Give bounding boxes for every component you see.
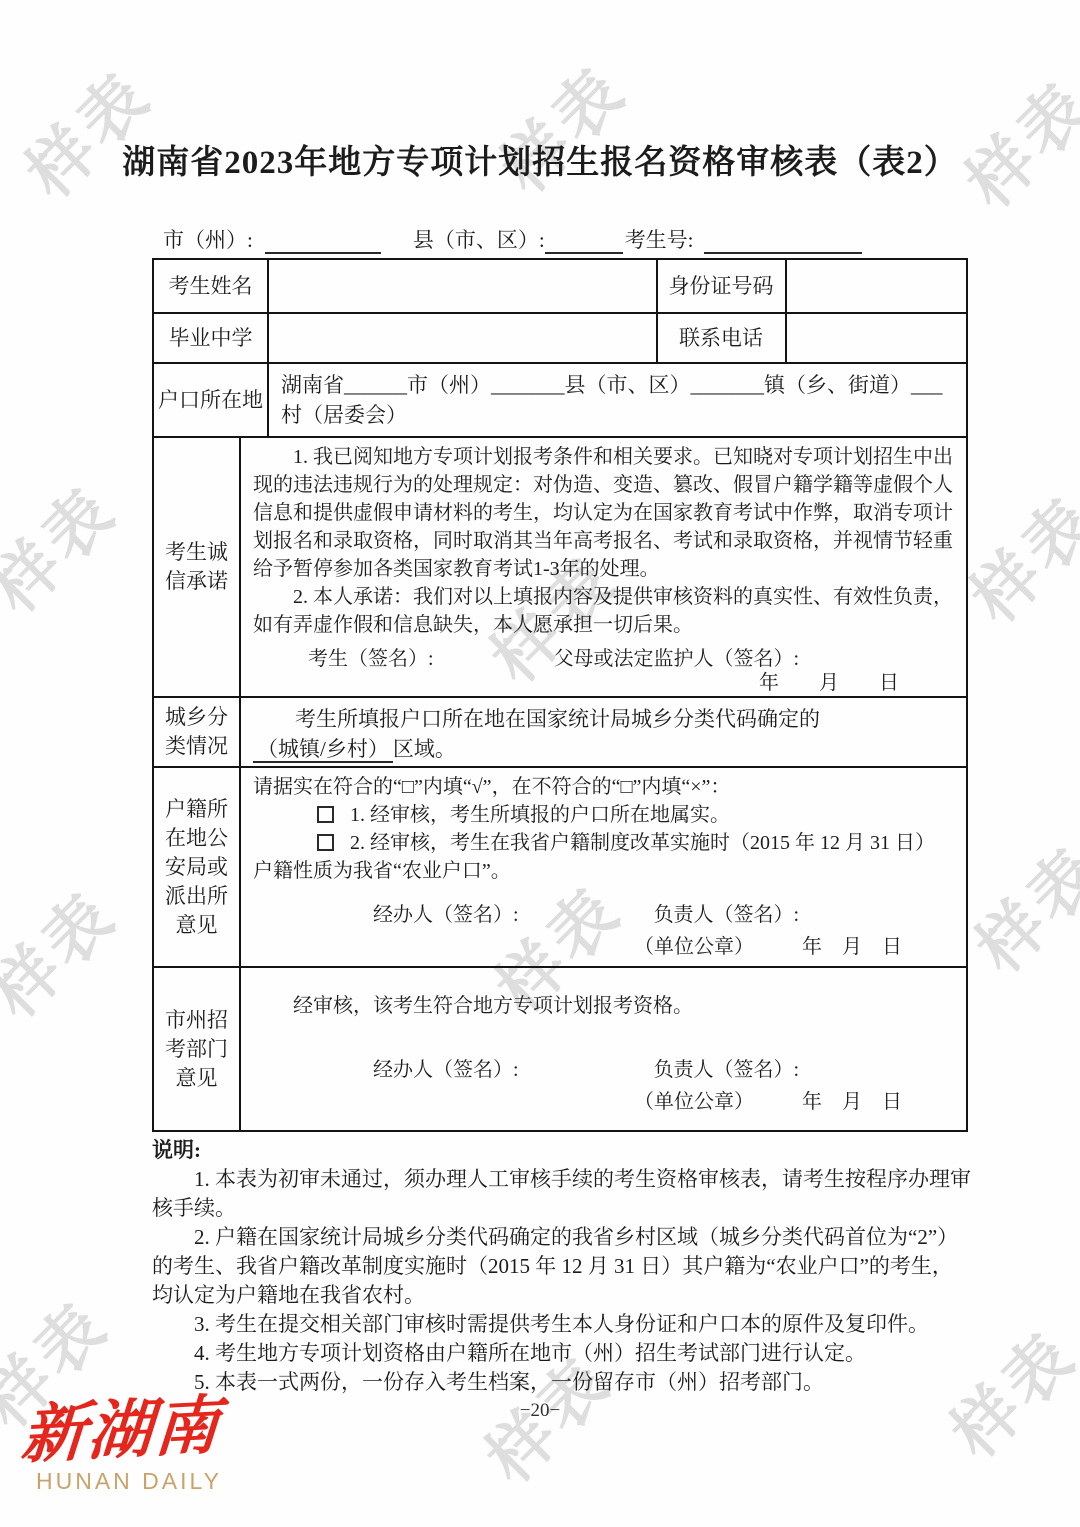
table-row-admission-opinion: 市州招 考部门 意见 经审核，该考生符合地方专项计划报考资格。 经办人（签名）:… bbox=[154, 966, 966, 1130]
pledge-content: 1. 我已阅知地方专项计划报考条件和相关要求。已知晓对专项计划招生中出现的违法违… bbox=[239, 438, 966, 696]
residence-field: 湖南省______市（州）_______县（市、区）_______镇（乡、街道）… bbox=[267, 364, 966, 436]
page-title: 湖南省2023年地方专项计划招生报名资格审核表（表2） bbox=[0, 136, 1080, 183]
pledge-paragraph-1: 1. 我已阅知地方专项计划报考条件和相关要求。已知晓对专项计划招生中出现的违法违… bbox=[253, 443, 954, 583]
notes-section: 说明: 1. 本表为初审未通过，须办理人工审核手续的考生资格审核表，请考生按程序… bbox=[152, 1136, 972, 1397]
checkbox-item-1-text: 1. 经审核，考生所填报的户口所在地属实。 bbox=[350, 804, 730, 826]
admission-opinion-content: 经审核，该考生符合地方专项计划报考资格。 经办人（签名）: 负责人（签名）: （… bbox=[239, 968, 966, 1130]
checkbox-item-1: 1. 经审核，考生所填报的户口所在地属实。 bbox=[253, 801, 954, 829]
checkbox-icon bbox=[317, 834, 334, 851]
table-row-residence: 户口所在地 湖南省______市（州）_______县（市、区）_______镇… bbox=[154, 362, 966, 436]
police-opinion-label: 户籍所 在地公 安局或 派出所 意见 bbox=[154, 768, 239, 966]
leader-signature-label: 负责人（签名）: bbox=[654, 903, 800, 927]
note-item-3: 3. 考生在提交相关部门审核时需提供考生本人身份证和户口本的原件及复印件。 bbox=[152, 1310, 972, 1339]
note-item-5: 5. 本表一式两份，一份存入考生档案，一份留存市（州）招考部门。 bbox=[152, 1368, 972, 1397]
note-item-2: 2. 户籍在国家统计局城乡分类代码确定的我省乡村区域（城乡分类代码首位为“2”）… bbox=[152, 1223, 972, 1310]
pledge-date-line: 年 月 日 bbox=[253, 671, 954, 695]
admission-date-line: 年 月 日 bbox=[802, 1090, 902, 1114]
header-fill-line: 市（州）: 县（市、区）: 考生号: bbox=[163, 224, 973, 254]
leader-signature-label: 负责人（签名）: bbox=[654, 1058, 800, 1082]
note-item-1: 1. 本表为初审未通过，须办理人工审核手续的考生资格审核表，请考生按程序办理审核… bbox=[152, 1165, 972, 1223]
urban-rural-underlined-choice: （城镇/乡村） bbox=[253, 737, 393, 763]
exam-no-blank-line bbox=[704, 228, 862, 254]
guardian-signature-label: 父母或法定监护人（签名）: bbox=[554, 647, 800, 671]
watermark-text: 样表 bbox=[1, 46, 170, 215]
pledge-label: 考生诚 信承诺 bbox=[154, 438, 239, 696]
county-blank-line bbox=[545, 228, 623, 254]
table-row-police-opinion: 户籍所 在地公 安局或 派出所 意见 请据实在符合的“□”内填“√”，在不符合的… bbox=[154, 766, 966, 966]
urban-rural-text-post: 区域。 bbox=[393, 737, 456, 761]
logo-english-text: HUNAN DAILY bbox=[36, 1468, 222, 1495]
note-item-4: 4. 考生地方专项计划资格由户籍所在地市（州）招生考试部门进行认定。 bbox=[152, 1339, 972, 1368]
city-blank-line bbox=[265, 228, 381, 254]
watermark-text: 样表 bbox=[951, 821, 1080, 990]
pledge-paragraph-2: 2. 本人承诺：我们对以上填报内容及提供审核资料的真实性、有效性负责，如有弄虚作… bbox=[253, 583, 954, 639]
student-signature-label: 考生（签名）: bbox=[308, 647, 434, 671]
notes-heading: 说明: bbox=[152, 1136, 972, 1165]
handler-signature-label: 经办人（签名）: bbox=[373, 1058, 519, 1082]
exam-no-label: 考生号: bbox=[625, 224, 694, 254]
checkbox-instruction: 请据实在符合的“□”内填“√”，在不符合的“□”内填“×”： bbox=[253, 773, 954, 801]
table-row-school-phone: 毕业中学 联系电话 bbox=[154, 312, 966, 362]
contact-phone-field bbox=[785, 314, 967, 362]
watermark-text: 样表 bbox=[0, 461, 134, 630]
table-row-pledge: 考生诚 信承诺 1. 我已阅知地方专项计划报考条件和相关要求。已知晓对专项计划招… bbox=[154, 436, 966, 696]
contact-phone-label: 联系电话 bbox=[656, 314, 785, 362]
graduate-school-field bbox=[267, 314, 656, 362]
handler-signature-label: 经办人（签名）: bbox=[373, 903, 519, 927]
residence-label: 户口所在地 bbox=[154, 364, 267, 436]
candidate-name-field bbox=[267, 260, 656, 312]
urban-rural-label: 城乡分 类情况 bbox=[154, 698, 239, 766]
checkbox-item-2-text: 2. 经审核，考生在我省户籍制度改革实施时（2015 年 12 月 31 日）户… bbox=[253, 832, 935, 882]
county-label: 县（市、区）: bbox=[413, 224, 545, 254]
unit-seal-label: （单位公章） bbox=[634, 1090, 754, 1114]
watermark-text: 样表 bbox=[0, 866, 134, 1035]
approval-statement: 经审核，该考生符合地方专项计划报考资格。 bbox=[253, 992, 954, 1020]
police-date-line: 年 月 日 bbox=[802, 935, 902, 959]
form-table: 考生姓名 身份证号码 毕业中学 联系电话 户口所在地 湖南省______市（州）… bbox=[152, 258, 968, 1132]
candidate-name-label: 考生姓名 bbox=[154, 260, 267, 312]
document-page: 样表 样表 样表 样表 样表 样表 样表 样表 样表 样表 样表 样表 湖南省2… bbox=[0, 0, 1080, 1527]
graduate-school-label: 毕业中学 bbox=[154, 314, 267, 362]
hunan-daily-logo: 新湖南 HUNAN DAILY bbox=[22, 1396, 222, 1495]
admission-opinion-label: 市州招 考部门 意见 bbox=[154, 968, 239, 1130]
checkbox-item-2: 2. 经审核，考生在我省户籍制度改革实施时（2015 年 12 月 31 日）户… bbox=[253, 829, 954, 885]
checkbox-icon bbox=[317, 806, 334, 823]
unit-seal-label: （单位公章） bbox=[634, 935, 754, 959]
police-opinion-content: 请据实在符合的“□”内填“√”，在不符合的“□”内填“×”： 1. 经审核，考生… bbox=[239, 768, 966, 966]
logo-chinese-text: 新湖南 bbox=[19, 1391, 223, 1472]
urban-rural-content: 考生所填报户口所在地在国家统计局城乡分类代码确定的（城镇/乡村）区域。 bbox=[239, 698, 966, 766]
table-row-name-id: 考生姓名 身份证号码 bbox=[154, 260, 966, 312]
id-number-field bbox=[785, 260, 967, 312]
id-number-label: 身份证号码 bbox=[656, 260, 785, 312]
table-row-urban-rural: 城乡分 类情况 考生所填报户口所在地在国家统计局城乡分类代码确定的（城镇/乡村）… bbox=[154, 696, 966, 766]
urban-rural-text-pre: 考生所填报户口所在地在国家统计局城乡分类代码确定的 bbox=[253, 704, 820, 734]
city-label: 市（州）: bbox=[163, 224, 253, 254]
watermark-text: 样表 bbox=[476, 41, 645, 210]
